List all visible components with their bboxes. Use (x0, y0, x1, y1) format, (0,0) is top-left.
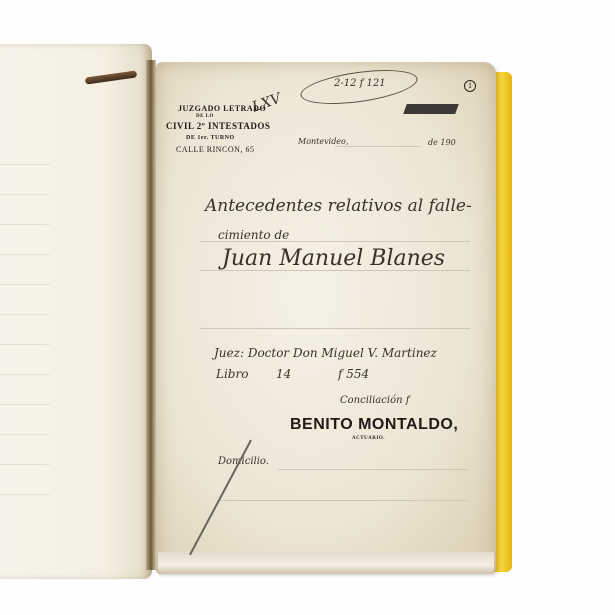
conciliacion: Conciliación f (340, 395, 409, 406)
date-suffix: de 190 (428, 138, 456, 147)
letterhead-line2: DE LO (196, 114, 214, 119)
libro-label: Libro (216, 367, 248, 381)
page-rule (0, 224, 50, 225)
letterhead-line5: CALLE RINCON, 65 (176, 145, 254, 154)
page-rule (0, 194, 50, 195)
date-line (335, 146, 420, 147)
domicilio-line (220, 500, 468, 501)
page-rule (0, 164, 50, 165)
folio-value: f 554 (338, 367, 369, 381)
page-rule (0, 374, 50, 375)
left-page-stack (0, 44, 152, 579)
city-label: Montevideo, (298, 137, 348, 146)
title-line2: cimiento de (218, 228, 289, 242)
page-rule (0, 404, 50, 405)
judge-line: Juez: Doctor Don Miguel V. Martinez (214, 346, 437, 360)
title-line1: Antecedentes relativos al falle- (205, 196, 472, 216)
domicilio-line (278, 469, 468, 470)
actuary-title: ACTUARIO. (352, 436, 385, 441)
stamp-mark (403, 104, 459, 114)
page-rule (0, 464, 50, 465)
binding-edge (146, 60, 156, 570)
actuary-name: BENITO MONTALDO, (290, 416, 458, 434)
page-rule (0, 314, 50, 315)
page-bottom-edge (158, 552, 494, 574)
page-rule (0, 434, 50, 435)
page-rule (0, 494, 50, 495)
libro-value: 14 (276, 367, 291, 381)
domicilio-label: Domicilio. (218, 456, 269, 467)
oval-note: 2-12 f 121 (334, 78, 386, 89)
title-rule (200, 328, 470, 329)
page-rule (0, 284, 50, 285)
deceased-name: Juan Manuel Blanes (222, 246, 445, 271)
letterhead-line4: DE 1er. TURNO (186, 135, 235, 141)
page-rule (0, 344, 50, 345)
circled-number: 1 (464, 80, 476, 92)
letterhead-line3: CIVIL 2º INTESTADOS (166, 121, 270, 131)
page-rule (0, 254, 50, 255)
photo-stage: JUZGADO LETRADO DE LO CIVIL 2º INTESTADO… (0, 0, 615, 615)
